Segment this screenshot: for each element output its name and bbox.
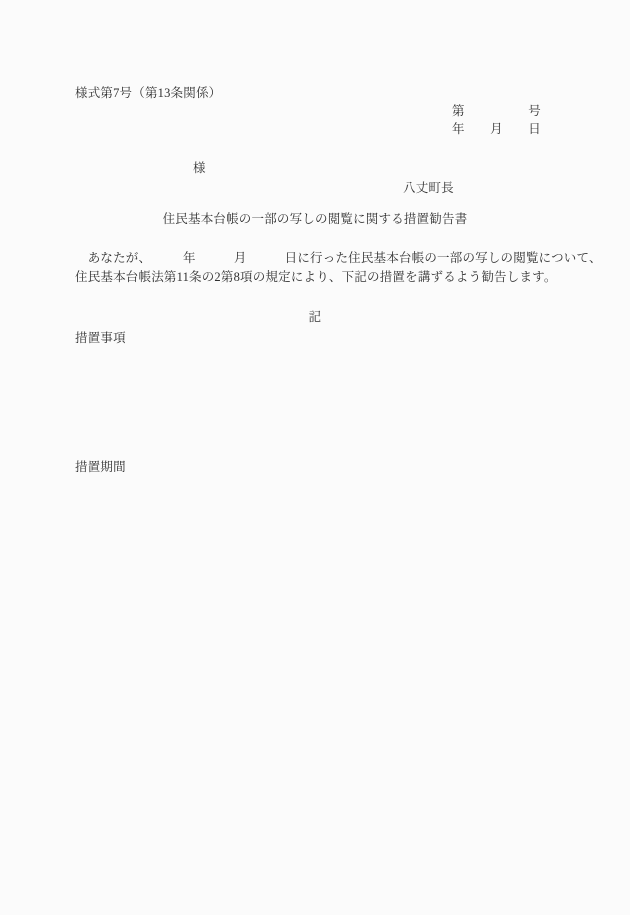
- document-number-blank: 第 号: [452, 104, 541, 119]
- date-blank: 年 月 日: [452, 122, 541, 137]
- document-page: 様式第7号（第13条関係） 第 号 年 月 日 様 八丈町長 住民基本台帳の一部…: [0, 0, 630, 915]
- issuer-name: 八丈町長: [403, 181, 454, 196]
- body-paragraph-line-1: あなたが、 年 月 日に行った住民基本台帳の一部の写しの閲覧について、: [75, 251, 602, 266]
- document-title: 住民基本台帳の一部の写しの閲覧に関する措置勧告書: [0, 212, 630, 227]
- measure-items-label: 措置事項: [75, 331, 126, 346]
- body-paragraph-line-2: 住民基本台帳法第11条の2第8項の規定により、下記の措置を講ずるよう勧告します。: [75, 270, 557, 285]
- addressee-honorific: 様: [193, 161, 206, 176]
- record-heading: 記: [0, 310, 630, 325]
- measure-period-label: 措置期間: [75, 460, 126, 475]
- form-number-label: 様式第7号（第13条関係）: [75, 86, 221, 101]
